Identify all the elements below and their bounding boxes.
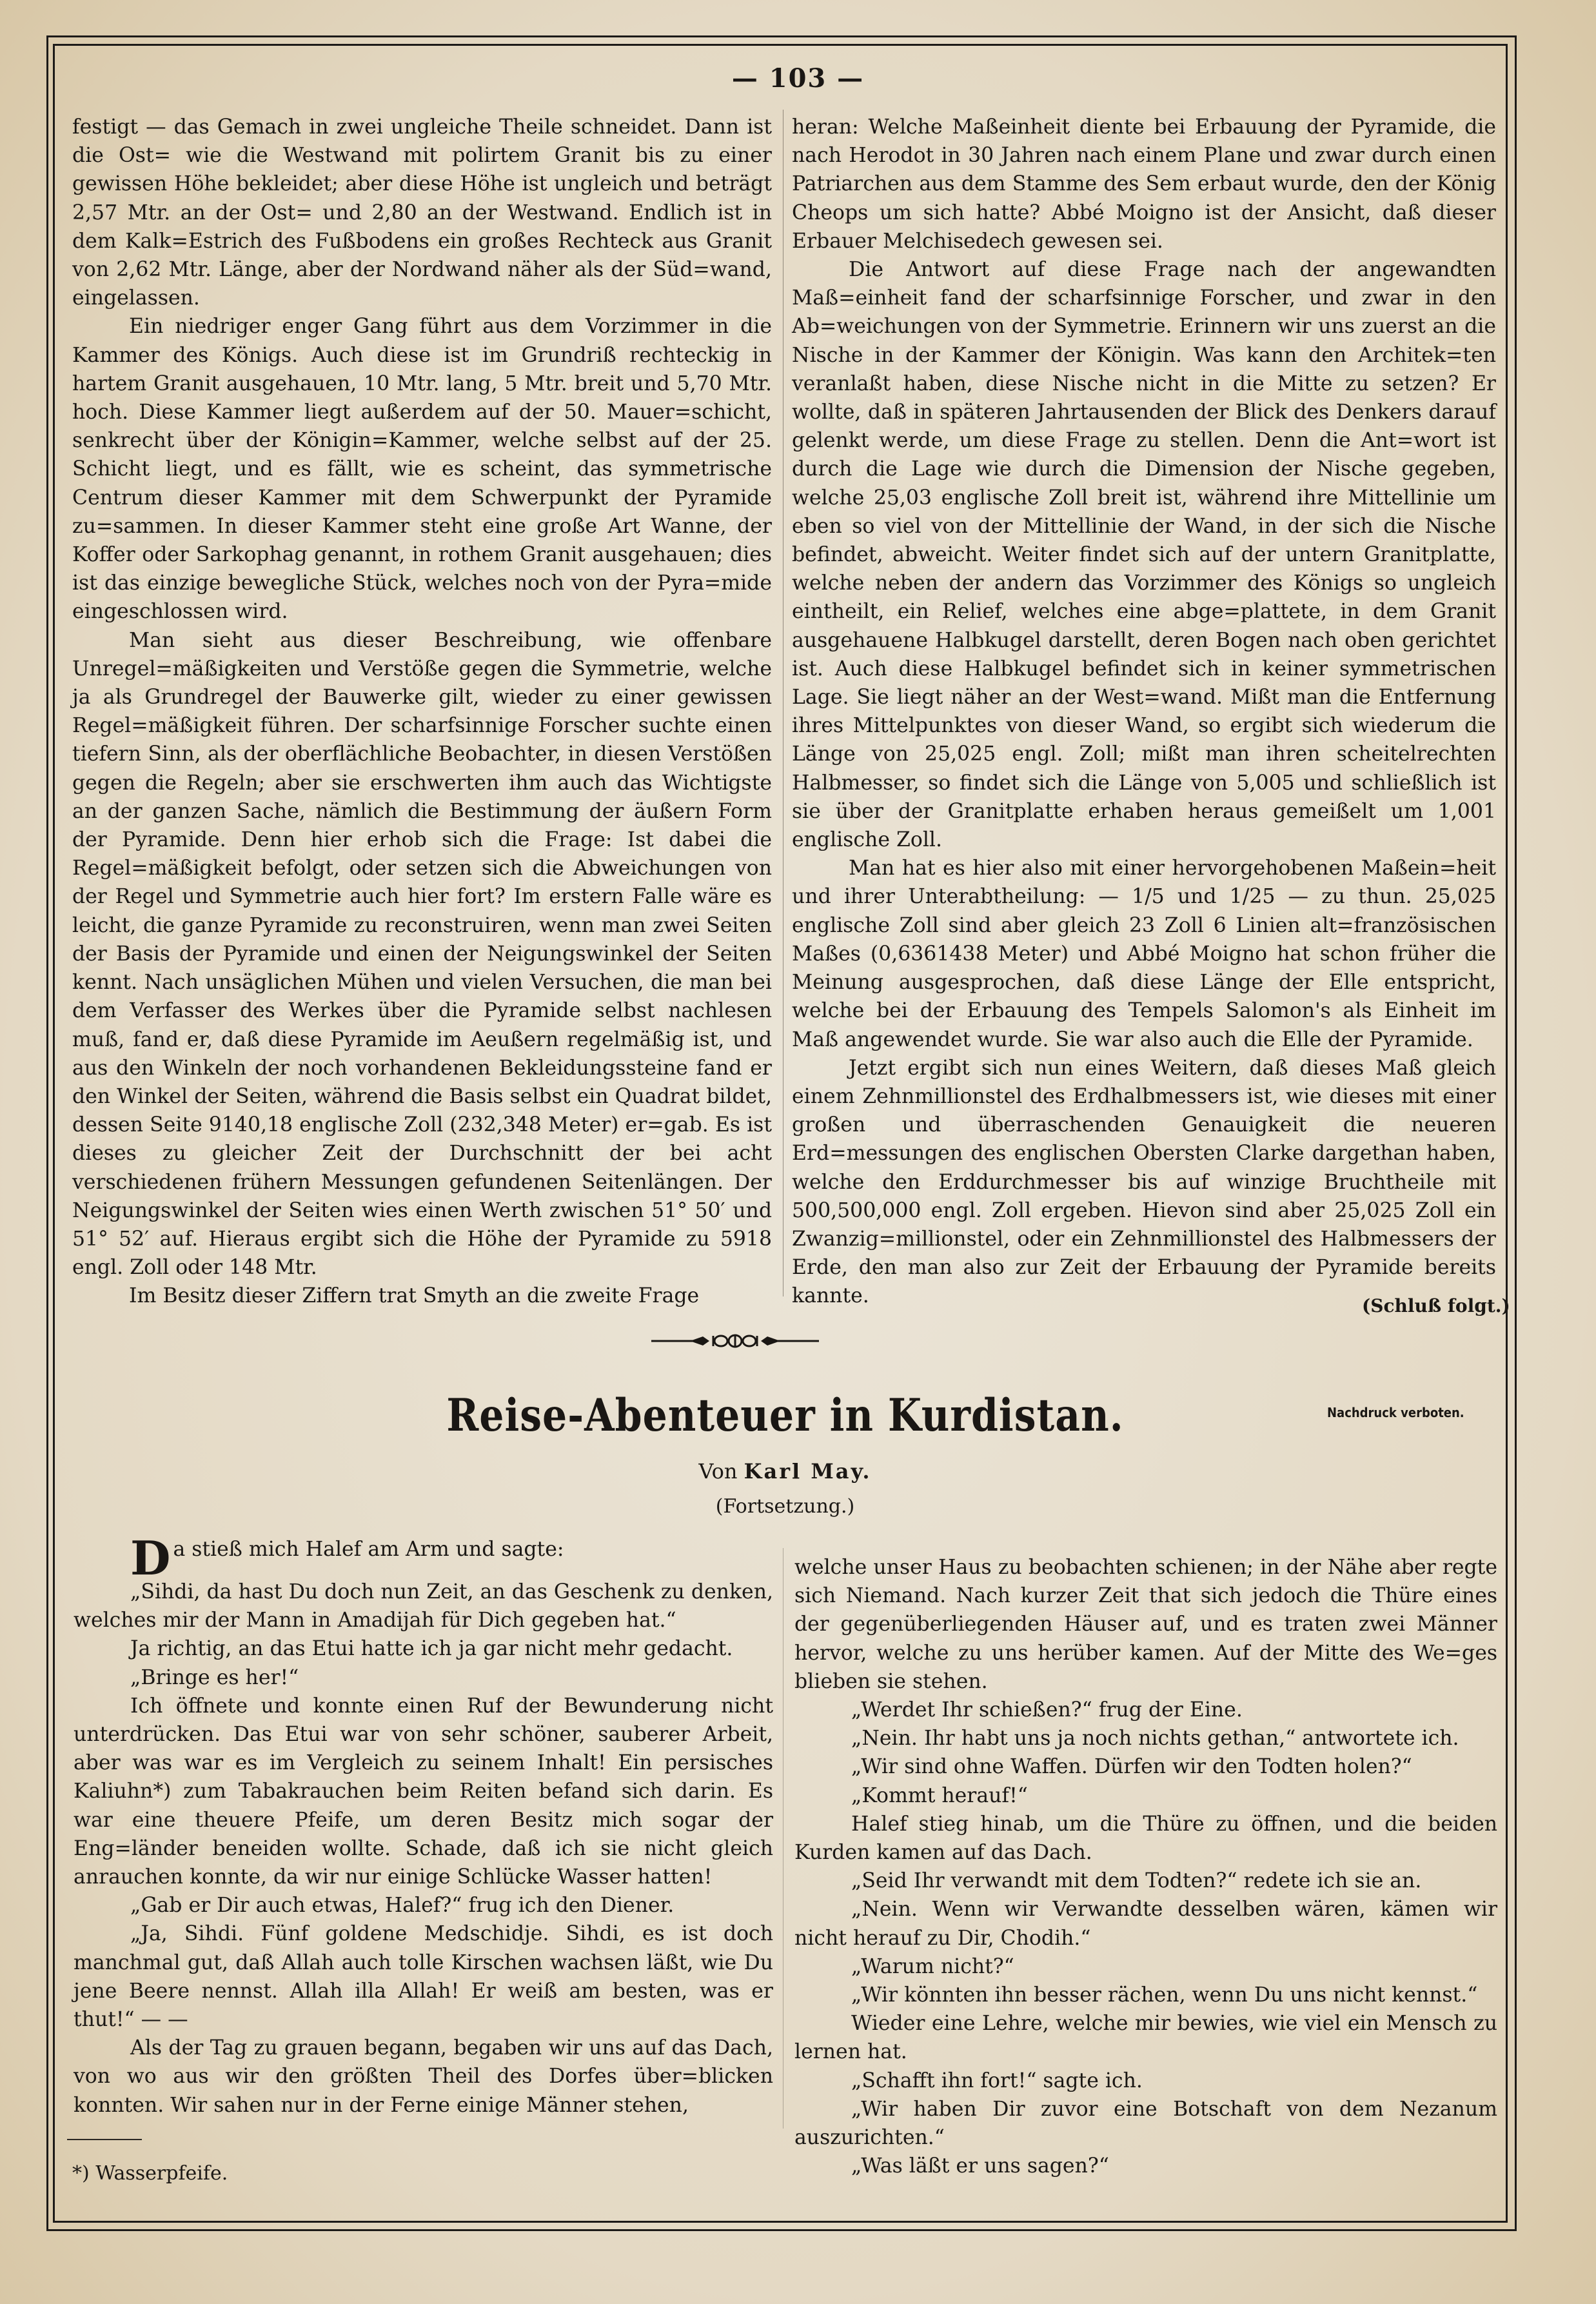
footnote-rule	[67, 2139, 142, 2140]
opening-paragraph: D a stieß mich Halef am Arm und sagte:	[74, 1535, 773, 1564]
article1-right-column: heran: Welche Maßeinheit diente bei Erba…	[792, 113, 1496, 1311]
byline-prefix: Von	[698, 1459, 737, 1484]
paragraph: „Nein. Ihr habt uns ja noch nichts getha…	[794, 1724, 1497, 1753]
paragraph: festigt — das Gemach in zwei ungleiche T…	[72, 113, 772, 312]
paragraph: „Bringe es her!“	[74, 1663, 773, 1692]
paragraph-text: a stieß mich Halef am Arm und sagte:	[173, 1538, 564, 1561]
ornament-divider-icon	[651, 1334, 819, 1348]
paragraph: Ich öffnete und konnte einen Ruf der Bew…	[74, 1692, 773, 1891]
paragraph: heran: Welche Maßeinheit diente bei Erba…	[792, 113, 1496, 255]
paragraph: „Schafft ihn fort!“ sagte ich.	[794, 2067, 1497, 2095]
paragraph: Die Antwort auf diese Frage nach der ang…	[792, 255, 1496, 854]
paragraph: „Werdet Ihr schießen?“ frug der Eine.	[794, 1696, 1497, 1724]
page-number: — 103 —	[0, 63, 1596, 94]
paragraph: Jetzt ergibt sich nun eines Weitern, daß…	[792, 1054, 1496, 1311]
paragraph: Im Besitz dieser Ziffern trat Smyth an d…	[72, 1282, 772, 1310]
paragraph: Als der Tag zu grauen begann, begaben wi…	[74, 2034, 773, 2120]
paragraph: „Wir könnten ihn besser rächen, wenn Du …	[794, 1981, 1497, 2009]
paragraph: „Wir sind ohne Waffen. Dürfen wir den To…	[794, 1753, 1497, 1781]
article2-right-column: welche unser Haus zu beobachten schienen…	[794, 1553, 1497, 2180]
reprint-notice: Nachdruck verboten.	[1327, 1405, 1464, 1420]
author-name: Karl May.	[744, 1459, 872, 1484]
paragraph: „Kommt herauf!“	[794, 1782, 1497, 1810]
paragraph: Ein niedriger enger Gang führt aus dem V…	[72, 312, 772, 626]
paragraph: „Sihdi, da hast Du doch nun Zeit, an das…	[74, 1578, 773, 1634]
paragraph: „Was läßt er uns sagen?“	[794, 2152, 1497, 2180]
paragraph: „Ja, Sihdi. Fünf goldene Medschidje. Sih…	[74, 1920, 773, 2034]
paragraph: „Warum nicht?“	[794, 1952, 1497, 1981]
paragraph: Wieder eine Lehre, welche mir bewies, wi…	[794, 2009, 1497, 2066]
paragraph: „Nein. Wenn wir Verwandte desselben wäre…	[794, 1895, 1497, 1952]
paragraph: Man hat es hier also mit einer hervorgeh…	[792, 854, 1496, 1053]
column-divider	[783, 1548, 783, 2129]
paragraph: „Wir haben Dir zuvor eine Botschaft von …	[794, 2095, 1497, 2152]
paragraph: Ja richtig, an das Etui hatte ich ja gar…	[74, 1634, 773, 1663]
paragraph: welche unser Haus zu beobachten schienen…	[794, 1553, 1497, 1696]
article1-left-column: festigt — das Gemach in zwei ungleiche T…	[72, 113, 772, 1311]
paragraph: Man sieht aus dieser Beschreibung, wie o…	[72, 626, 772, 1282]
drop-cap: D	[130, 1539, 170, 1578]
article2-left-column: D a stieß mich Halef am Arm und sagte: „…	[74, 1535, 773, 2120]
footnote: *) Wasserpfeife.	[72, 2162, 228, 2185]
paragraph: Halef stieg hinab, um die Thüre zu öffne…	[794, 1810, 1497, 1867]
story-title-text: Reise-Abenteuer in Kurdistan.	[446, 1390, 1123, 1442]
byline: Von Karl May.	[0, 1459, 1596, 1484]
paragraph: „Seid Ihr verwandt mit dem Todten?“ rede…	[794, 1867, 1497, 1895]
continuation-note: (Fortsetzung.)	[0, 1495, 1596, 1518]
paragraph: „Gab er Dir auch etwas, Halef?“ frug ich…	[74, 1891, 773, 1920]
to-be-concluded-note: (Schluß folgt.)	[1362, 1295, 1510, 1316]
column-divider	[783, 110, 783, 1296]
